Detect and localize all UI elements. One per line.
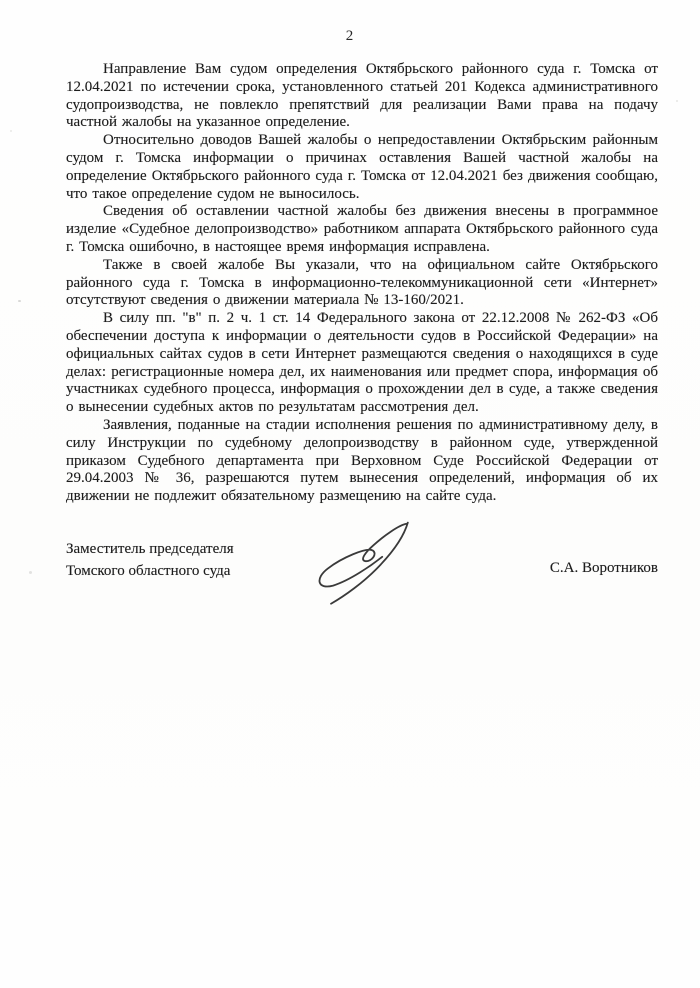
paragraph: Относительно доводов Вашей жалобы о непр… — [66, 132, 658, 203]
paragraph: Направление Вам судом определения Октябр… — [66, 61, 658, 132]
scan-speckle — [18, 300, 21, 302]
scan-speckle — [10, 130, 12, 132]
paragraph: Заявления, поданные на стадии исполнения… — [66, 417, 658, 506]
handwritten-signature-icon — [309, 512, 417, 608]
letter-body: Направление Вам судом определения Октябр… — [66, 61, 658, 506]
scanned-letter-page: 2 Направление Вам судом определения Октя… — [0, 0, 700, 988]
paragraph: Также в своей жалобе Вы указали, что на … — [66, 257, 658, 310]
signatory-position: Заместитель председателя Томского област… — [66, 538, 234, 582]
signatory-position-line1: Заместитель председателя — [66, 538, 234, 560]
signatory-position-line2: Томского областного суда — [66, 560, 234, 582]
scan-speckle — [29, 571, 32, 574]
page-number: 2 — [0, 28, 700, 45]
paragraph: Сведения об оставлении частной жалобы бе… — [66, 203, 658, 256]
paragraph: В силу пп. "в" п. 2 ч. 1 ст. 14 Федераль… — [66, 310, 658, 417]
signatory-name: С.А. Воротников — [550, 560, 658, 577]
scan-speckle — [676, 100, 678, 102]
signature-block: Заместитель председателя Томского област… — [66, 538, 658, 618]
